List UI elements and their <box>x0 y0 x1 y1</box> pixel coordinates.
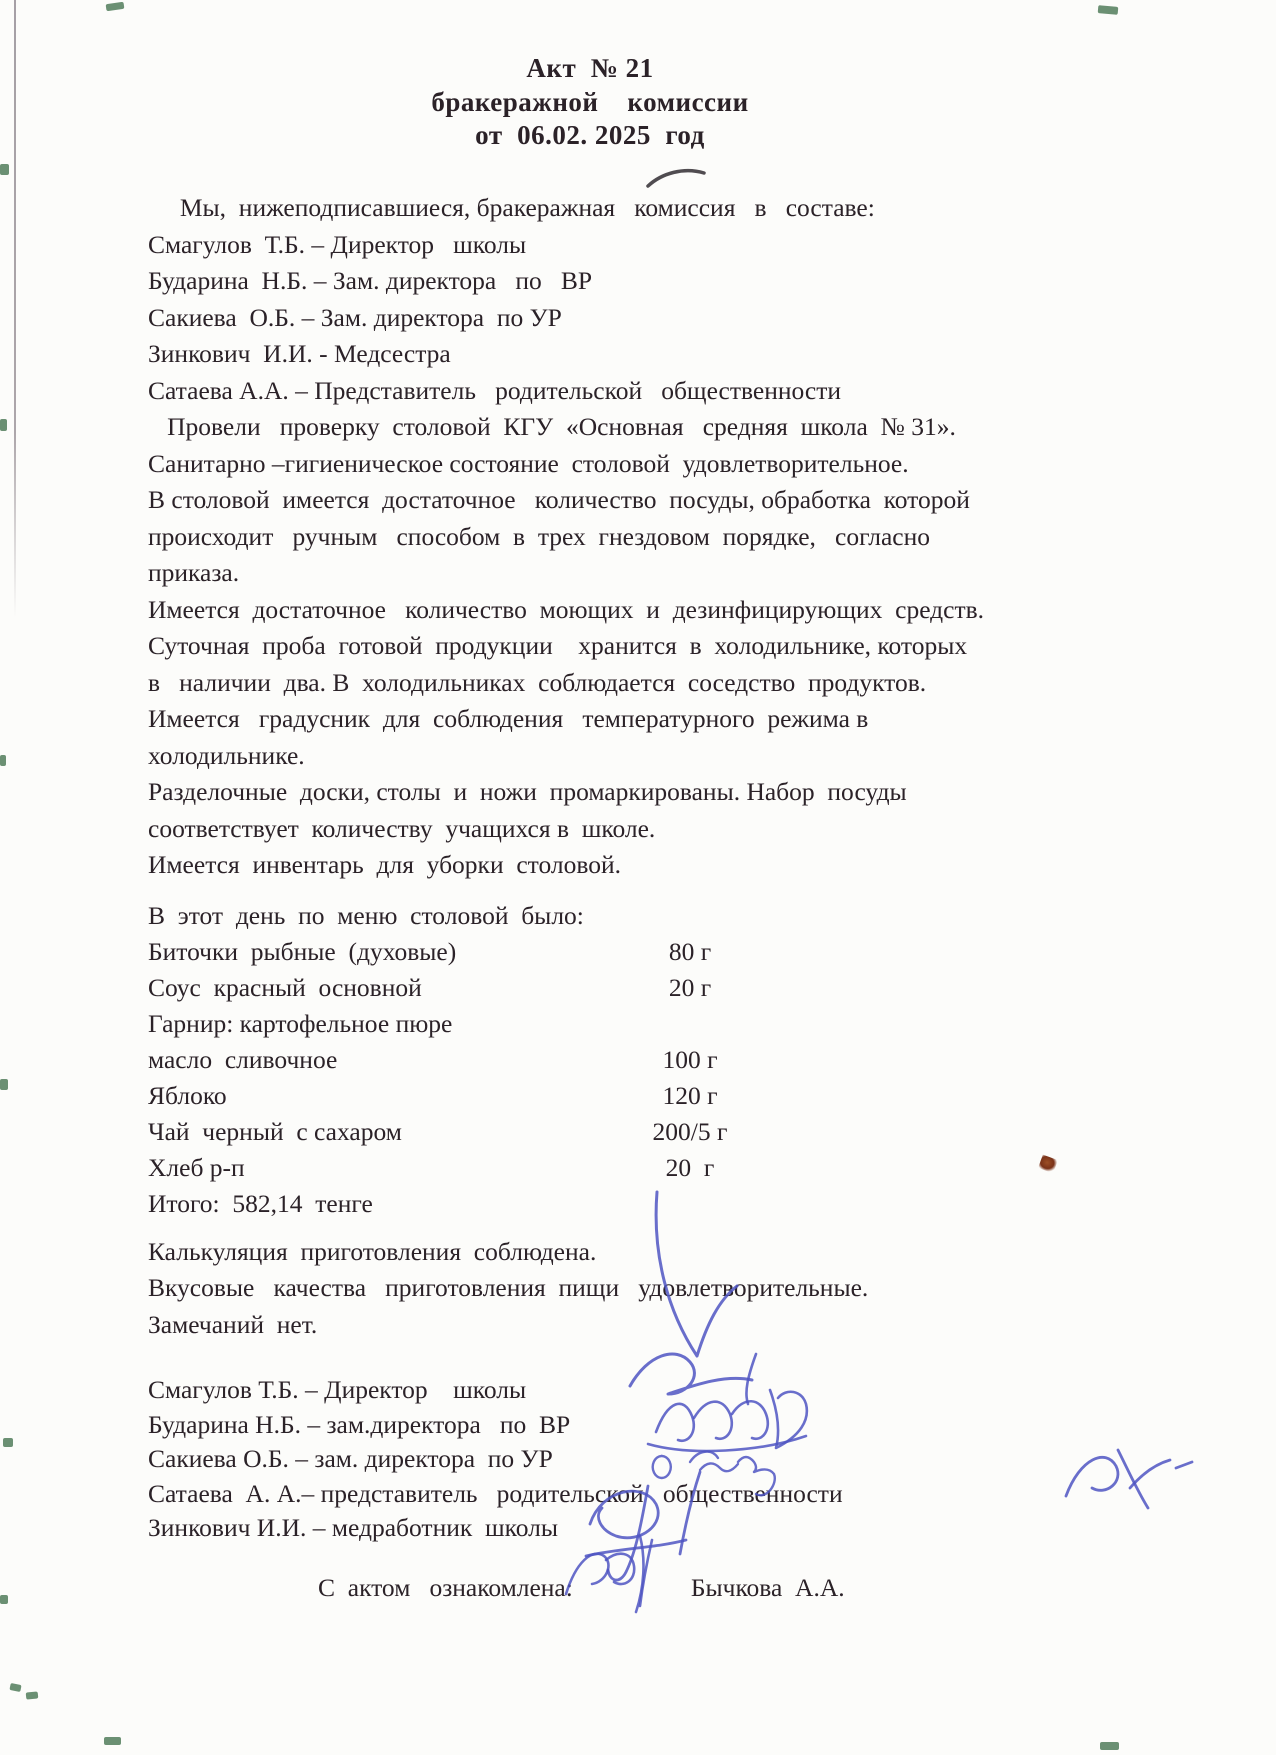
conclusion-line: Вкусовые качества приготовления пищи удо… <box>148 1270 1208 1307</box>
title-line: Акт № 21 <box>0 52 1180 86</box>
signatory-line: Бударина Н.Б. – зам.директора по ВР <box>148 1408 1208 1443</box>
menu-item: Соус красный основной20 г <box>148 970 1208 1006</box>
scan-artifact-mark <box>106 2 125 11</box>
menu-item-amount: 100 г <box>600 1042 780 1078</box>
menu-item-amount: 200/5 г <box>600 1114 780 1150</box>
menu-item-name: Соус красный основной <box>148 973 422 1002</box>
scan-artifact-mark <box>0 419 7 431</box>
spacer <box>148 884 1208 898</box>
scanned-document-page: Акт № 21 бракеражной комиссии от 06.02. … <box>0 0 1276 1755</box>
scan-artifact-mark <box>104 1737 121 1745</box>
title-line: бракеражной комиссии <box>0 86 1180 120</box>
spacer <box>148 1222 1208 1234</box>
member-line: Зинкович И.И. - Медсестра <box>148 336 1208 373</box>
paragraph-line: Имеется градусник для соблюдения темпера… <box>148 701 1208 738</box>
menu-item-amount: 120 г <box>600 1078 780 1114</box>
conclusion-line: Калькуляция приготовления соблюдена. <box>148 1234 1208 1271</box>
paragraph-line: Разделочные доски, столы и ножи промарки… <box>148 774 1208 811</box>
menu-total: Итого: 582,14 тенге <box>148 1186 1208 1222</box>
paragraph-line: соответствует количеству учащихся в школ… <box>148 811 1208 848</box>
pen-mark <box>648 171 704 186</box>
menu-item-name: Чай черный с сахаром <box>148 1117 402 1146</box>
paragraph-line: Санитарно –гигиеническое состояние столо… <box>148 446 1208 483</box>
member-line: Сатаева А.А. – Представитель родительско… <box>148 373 1208 410</box>
menu-item: Гарнир: картофельное пюре <box>148 1006 1208 1042</box>
signatory-line: Смагулов Т.Б. – Директор школы <box>148 1373 1208 1408</box>
signatory-line: Сатаева А. А.– представитель родительско… <box>148 1477 1208 1512</box>
menu-item-name: масло сливочное <box>148 1045 337 1074</box>
spacer <box>148 1343 1208 1373</box>
title-line: от 06.02. 2025 год <box>0 119 1180 153</box>
acknowledgement-name: Бычкова А.А. <box>691 1573 845 1602</box>
scan-artifact-mark <box>0 755 6 766</box>
menu-item-amount: 20 г <box>600 970 780 1006</box>
acknowledgement-line: С актом ознакомлена:Бычкова А.А. <box>318 1570 1208 1607</box>
menu-item: Яблоко120 г <box>148 1078 1208 1114</box>
acknowledgement-label: С актом ознакомлена: <box>318 1573 573 1602</box>
menu-heading: В этот день по меню столовой было: <box>148 898 1208 934</box>
paragraph-line: В столовой имеется достаточное количеств… <box>148 482 1208 519</box>
menu-item-name: Хлеб р-п <box>148 1153 245 1182</box>
paragraph-line: Имеется инвентарь для уборки столовой. <box>148 847 1208 884</box>
member-line: Бударина Н.Б. – Зам. директора по ВР <box>148 263 1208 300</box>
signatory-line: Зинкович И.И. – медработник школы <box>148 1511 1208 1546</box>
scan-artifact-mark <box>3 1438 13 1447</box>
menu-item-amount: 20 г <box>600 1150 780 1186</box>
scan-artifact-mark <box>26 1691 39 1699</box>
paragraph-line: Провели проверку столовой КГУ «Основная … <box>148 409 1208 446</box>
scan-artifact-mark <box>0 1595 8 1604</box>
paragraph-line: приказа. <box>148 555 1208 592</box>
menu-item: масло сливочное100 г <box>148 1042 1208 1078</box>
menu-item-name: Гарнир: картофельное пюре <box>148 1009 452 1038</box>
document-title: Акт № 21 бракеражной комиссии от 06.02. … <box>0 52 1180 153</box>
member-line: Сакиева О.Б. – Зам. директора по УР <box>148 300 1208 337</box>
paragraph-line: в наличии два. В холодильниках соблюдает… <box>148 665 1208 702</box>
scan-artifact-mark <box>1100 1742 1119 1750</box>
paragraph-line: Суточная проба готовой продукции хранитс… <box>148 628 1208 665</box>
paragraph-line: происходит ручным способом в трех гнездо… <box>148 519 1208 556</box>
menu-item: Чай черный с сахаром200/5 г <box>148 1114 1208 1150</box>
menu-item: Биточки рыбные (духовые)80 г <box>148 934 1208 970</box>
paragraph-line: холодильнике. <box>148 738 1208 775</box>
menu-item-name: Биточки рыбные (духовые) <box>148 937 456 966</box>
paragraph-line: Имеется достаточное количество моющих и … <box>148 592 1208 629</box>
intro-line: Мы, нижеподписавшиеся, бракеражная комис… <box>148 190 1208 227</box>
menu-item-amount: 80 г <box>600 934 780 970</box>
spacer <box>148 1546 1208 1570</box>
scan-artifact-mark <box>9 1683 21 1692</box>
signatory-line: Сакиева О.Б. – зам. директора по УР <box>148 1442 1208 1477</box>
scan-artifact-mark <box>0 1079 8 1090</box>
scan-artifact-mark <box>0 164 9 175</box>
menu-item-name: Яблоко <box>148 1081 227 1110</box>
scan-artifact-mark <box>1098 5 1119 15</box>
menu-item: Хлеб р-п20 г <box>148 1150 1208 1186</box>
member-line: Смагулов Т.Б. – Директор школы <box>148 227 1208 264</box>
document-body: Мы, нижеподписавшиеся, бракеражная комис… <box>148 190 1208 1606</box>
conclusion-line: Замечаний нет. <box>148 1307 1208 1344</box>
